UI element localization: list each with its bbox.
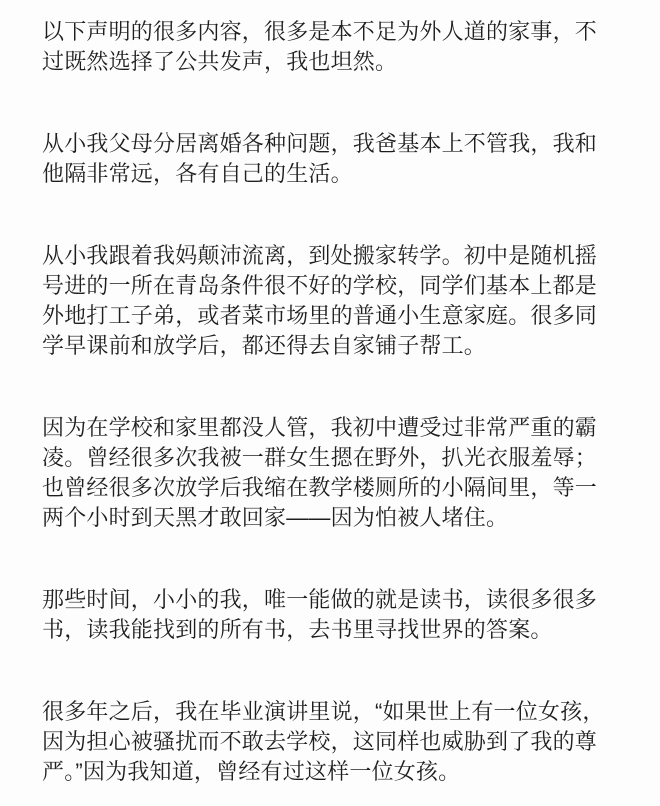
- statement-paragraph-5: 那些时间，小小的我，唯一能做的就是读书，读很多很多书，读我能找到的所有书，去书里…: [42, 585, 618, 645]
- statement-paragraph-3: 从小我跟着我妈颠沛流离，到处搬家转学。初中是随机摇号进的一所在青岛条件很不好的学…: [42, 241, 618, 361]
- statement-paragraph-2: 从小我父母分居离婚各种问题，我爸基本上不管我，我和他隔非常远，各有自己的生活。: [42, 129, 618, 189]
- statement-paragraph-6: 很多年之后，我在毕业演讲里说，“如果世上有一位女孩，因为担心被骚扰而不敢去学校，…: [42, 697, 618, 787]
- statement-document: 以下声明的很多内容，很多是本不足为外人道的家事，不过既然选择了公共发声，我也坦然…: [0, 0, 660, 806]
- statement-paragraph-4: 因为在学校和家里都没人管，我初中遭受过非常严重的霸凌。曾经很多次我被一群女生摁在…: [42, 413, 618, 533]
- statement-paragraph-1: 以下声明的很多内容，很多是本不足为外人道的家事，不过既然选择了公共发声，我也坦然…: [42, 17, 618, 77]
